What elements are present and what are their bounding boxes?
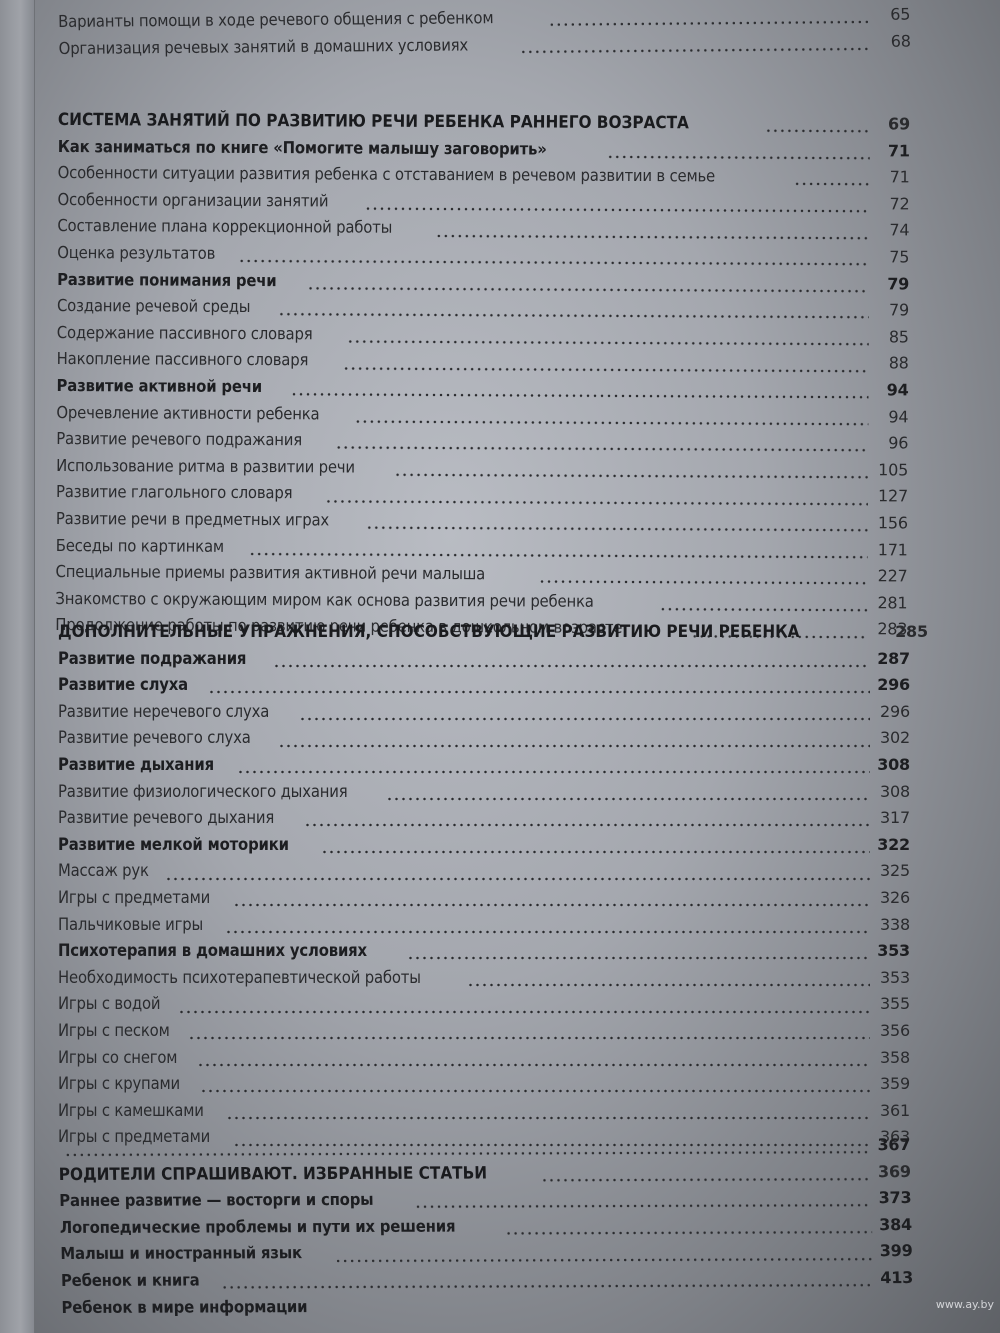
dot-leader — [765, 129, 870, 134]
toc-entry-title: Ребенок в мире информации — [61, 1297, 307, 1317]
toc-entry: Развитие подражания287 — [58, 649, 910, 676]
toc-page-number: 373 — [877, 1188, 911, 1207]
toc-section-additional-exercises: ДОПОЛНИТЕЛЬНЫЕ УПРАЖНЕНИЯ, СПОСОБСТВУЮЩИ… — [58, 622, 910, 1154]
dot-leader — [304, 823, 870, 827]
toc-entry-title: Оречевление активности ребенка — [56, 403, 319, 423]
watermark: www.ay.by — [936, 1298, 994, 1311]
toc-entry: Игры с крупами359 — [58, 1074, 910, 1101]
toc-entry-title: Необходимость психотерапевтической работ… — [58, 968, 421, 987]
toc-entry-title: Развитие речи в предметных играх — [56, 509, 329, 529]
toc-entry-title: Особенности организации занятий — [57, 190, 328, 210]
toc-entry-title: Организация речевых занятий в домашних у… — [59, 35, 469, 58]
dot-leader — [548, 20, 871, 27]
toc-entry-title: Игры с водой — [58, 994, 160, 1013]
dot-leader — [347, 340, 869, 347]
toc-entry-title: Развитие слуха — [58, 675, 188, 694]
toc-page-number: 94 — [874, 407, 908, 426]
toc-entry-title: Развитие понимания речи — [57, 270, 277, 290]
dot-leader — [221, 1283, 873, 1289]
dot-leader — [200, 1089, 870, 1093]
toc-page-number: 353 — [876, 968, 910, 987]
toc-entry: Ребенок в мире информации — [61, 1295, 914, 1325]
dot-leader — [325, 499, 868, 506]
toc-entry-title: Раннее развитие — восторги и споры — [59, 1190, 374, 1210]
toc-page-number: 359 — [876, 1074, 910, 1093]
toc-entry-title: Создание речевой среды — [57, 296, 250, 316]
toc-entry-title: Развитие физиологического дыхания — [58, 782, 348, 801]
dot-leader — [239, 259, 870, 266]
toc-page-number: 96 — [874, 433, 908, 452]
toc-entry-title: Специальные приемы развития активной реч… — [56, 562, 486, 583]
toc-entry: Игры со снегом358 — [58, 1048, 910, 1075]
toc-entry-title: Игры со снегом — [58, 1048, 177, 1067]
toc-section-parents-ask: 367РОДИТЕЛИ СПРАШИВАЮТ. ИЗБРАННЫЕ СТАТЬИ… — [58, 1135, 914, 1324]
toc-entry: Логопедические проблемы и пути их решени… — [60, 1215, 913, 1245]
toc-page-number: 296 — [876, 702, 910, 721]
toc-entry: Игры с предметами326 — [58, 888, 910, 915]
toc-entry-title: Развитие речевого слуха — [58, 728, 251, 747]
dot-leader — [233, 903, 870, 907]
dot-leader — [197, 1063, 870, 1067]
toc-entry-title: Содержание пассивного словаря — [57, 323, 313, 343]
dot-leader — [291, 392, 869, 399]
toc-page-number: 156 — [874, 513, 908, 532]
toc-entry-title: Развитие подражания — [58, 649, 246, 668]
dot-leader — [321, 850, 870, 854]
toc-page-number: 308 — [876, 755, 910, 774]
toc-entry-title: Как заниматься по книге «Помогите малышу… — [58, 137, 547, 159]
dot-leader — [208, 690, 870, 694]
toc-section-intro-end: Варианты помощи в ходе речевого общения … — [58, 5, 911, 66]
toc-entry-title: Игры с камешками — [58, 1101, 204, 1120]
toc-page-number: 285 — [894, 622, 928, 641]
toc-entry: Развитие мелкой моторики322 — [58, 835, 910, 862]
dot-leader — [64, 1150, 870, 1157]
dot-leader — [435, 234, 869, 240]
dot-leader — [794, 182, 870, 186]
toc-page-number: 326 — [876, 888, 910, 907]
dot-leader — [467, 983, 870, 987]
toc-page-number: 369 — [877, 1162, 911, 1181]
toc-page-number: 74 — [875, 221, 909, 240]
toc-page-number: 302 — [876, 728, 910, 747]
toc-page-number: 317 — [876, 808, 910, 827]
toc-entry: Игры с песком356 — [58, 1021, 910, 1048]
toc-entry-title: Особенности ситуации развития ребенка с … — [58, 163, 715, 185]
dot-leader — [520, 47, 871, 54]
toc-page-number: 356 — [876, 1021, 910, 1040]
toc-page-number: 281 — [873, 593, 907, 612]
toc-page-number: 322 — [876, 835, 910, 854]
toc-page-number: 413 — [879, 1268, 913, 1287]
toc-page-number: 353 — [876, 941, 910, 960]
toc-page-number: 72 — [875, 194, 909, 213]
toc-chapter-heading: РОДИТЕЛИ СПРАШИВАЮТ. ИЗБРАННЫЕ СТАТЬИ369 — [59, 1162, 912, 1192]
toc-entry-title: Пальчиковые игры — [58, 915, 203, 934]
toc-entry-title: Накопление пассивного словаря — [57, 349, 309, 369]
toc-entry: Малыш и иностранный язык399 — [60, 1241, 913, 1271]
dot-leader — [355, 419, 869, 426]
dot-leader — [541, 1177, 871, 1182]
dot-leader — [365, 526, 867, 533]
toc-page-number: 85 — [875, 327, 909, 346]
toc-page-number: 227 — [874, 566, 908, 585]
toc-page-number: 79 — [875, 274, 909, 293]
toc-entry-title: Развитие речевого подражания — [56, 429, 302, 449]
dot-leader — [364, 207, 869, 214]
toc-entry-title: РОДИТЕЛИ СПРАШИВАЮТ. ИЗБРАННЫЕ СТАТЬИ — [59, 1163, 488, 1184]
dot-leader — [386, 797, 870, 801]
toc-entry-title: Развитие глагольного словаря — [56, 482, 292, 502]
toc-entry-title: ДОПОЛНИТЕЛЬНЫЕ УПРАЖНЕНИЯ, СПОСОБСТВУЮЩИ… — [58, 622, 800, 642]
dot-leader — [278, 313, 869, 320]
toc-entry-title: Составление плана коррекционной работы — [57, 216, 392, 237]
toc-page-number: 296 — [876, 675, 910, 694]
toc-page-number: 75 — [875, 247, 909, 266]
dot-leader — [273, 664, 870, 668]
toc-entry: Раннее развитие — восторги и споры373 — [59, 1188, 912, 1218]
toc-entry: 367 — [58, 1135, 911, 1165]
dot-leader — [226, 1116, 870, 1120]
dot-leader — [307, 286, 869, 293]
toc-page-number: 399 — [878, 1241, 912, 1260]
toc-page-number: 94 — [874, 380, 908, 399]
toc-entry: Массаж рук325 — [58, 861, 910, 888]
toc-entry: Развитие физиологического дыхания308 — [58, 782, 910, 809]
toc-page-number: 105 — [874, 460, 908, 479]
toc-entry-title: Игры с песком — [58, 1021, 170, 1040]
toc-entry-title: Логопедические проблемы и пути их решени… — [60, 1216, 456, 1236]
toc-page-number: 69 — [876, 114, 910, 133]
toc-section-lesson-system: СИСТЕМА ЗАНЯТИЙ ПО РАЗВИТИЮ РЕЧИ РЕБЕНКА… — [55, 110, 910, 646]
dot-leader — [414, 1204, 871, 1210]
dot-leader — [659, 607, 867, 612]
toc-entry-title: СИСТЕМА ЗАНЯТИЙ ПО РАЗВИТИЮ РЕЧИ РЕБЕНКА… — [58, 110, 689, 133]
toc-page-number: 71 — [876, 141, 910, 160]
toc-page-number: 358 — [876, 1048, 910, 1067]
toc-entry-title: Игры с предметами — [58, 888, 210, 907]
toc-entry-title: Варианты помощи в ходе речевого общения … — [58, 8, 494, 31]
dot-leader — [278, 744, 870, 748]
dot-leader — [335, 446, 868, 453]
toc-page-number: 287 — [876, 649, 910, 668]
dot-leader — [394, 473, 868, 479]
toc-entry: Развитие речевого дыхания317 — [58, 808, 910, 835]
toc-page-number: 367 — [876, 1135, 910, 1154]
toc-page-number: 71 — [876, 167, 910, 186]
toc-entry-title: Развитие речевого дыхания — [58, 808, 274, 827]
dot-leader — [188, 1036, 870, 1040]
toc-entry: Игры с водой355 — [58, 994, 910, 1021]
toc-entry: Пальчиковые игры338 — [58, 915, 910, 942]
toc-entry: Развитие речевого слуха302 — [58, 728, 910, 755]
dot-leader — [225, 930, 870, 934]
toc-page-number: 68 — [877, 31, 911, 50]
dot-leader — [178, 1010, 870, 1014]
toc-page-number: 127 — [874, 487, 908, 506]
toc-entry: Необходимость психотерапевтической работ… — [58, 968, 910, 995]
toc-page: Варианты помощи в ходе речевого общения … — [34, 0, 1000, 1333]
dot-leader — [342, 366, 868, 373]
toc-entry-title: Развитие дыхания — [58, 755, 214, 774]
toc-entry-title: Психотерапия в домашних условиях — [58, 941, 367, 960]
dot-leader — [335, 1257, 873, 1263]
toc-page-number: 88 — [875, 354, 909, 373]
toc-page-number: 361 — [876, 1101, 910, 1120]
toc-entry-title: Ребенок и книга — [61, 1270, 200, 1289]
toc-entry-title: Развитие активной речи — [57, 376, 263, 396]
toc-page-number: 171 — [874, 540, 908, 559]
book-spine-edge — [0, 0, 35, 1333]
toc-page-number: 308 — [876, 782, 910, 801]
toc-entry: Развитие слуха296 — [58, 675, 910, 702]
toc-page-number: 79 — [875, 300, 909, 319]
toc-entry: Психотерапия в домашних условиях353 — [58, 941, 910, 968]
toc-entry-title: Оценка результатов — [57, 243, 215, 263]
toc-entry: Развитие неречевого слуха296 — [58, 702, 910, 729]
toc-entry-title: Использование ритма в развитии речи — [56, 456, 355, 477]
toc-page-number: 325 — [876, 861, 910, 880]
toc-page-number: 65 — [876, 5, 910, 24]
dot-leader — [539, 580, 868, 586]
toc-page-number: 384 — [878, 1215, 912, 1234]
toc-entry-title: Игры с крупами — [58, 1074, 180, 1093]
toc-entry-title: Знакомство с окружающим миром как основа… — [55, 589, 593, 611]
toc-entry-title: Массаж рук — [58, 861, 149, 880]
toc-entry-title: Развитие неречевого слуха — [58, 702, 269, 721]
dot-leader — [237, 770, 870, 774]
dot-leader — [407, 956, 870, 960]
toc-chapter-heading: ДОПОЛНИТЕЛЬНЫЕ УПРАЖНЕНИЯ, СПОСОБСТВУЮЩИ… — [58, 622, 910, 649]
toc-entry-title: Малыш и иностранный язык — [60, 1244, 302, 1264]
dot-leader — [165, 877, 870, 881]
dot-leader — [505, 1230, 872, 1235]
dot-leader — [299, 717, 870, 721]
dot-leader — [607, 155, 870, 160]
toc-entry-title: Беседы по картинкам — [56, 535, 224, 555]
toc-page-number: 355 — [876, 994, 910, 1013]
toc-page-number: 338 — [876, 915, 910, 934]
toc-entry: Развитие дыхания308 — [58, 755, 910, 782]
toc-entry: Ребенок и книга413 — [61, 1268, 914, 1298]
dot-leader — [249, 552, 868, 559]
toc-entry-title: Развитие мелкой моторики — [58, 835, 289, 854]
toc-entry: Игры с камешками361 — [58, 1101, 910, 1128]
